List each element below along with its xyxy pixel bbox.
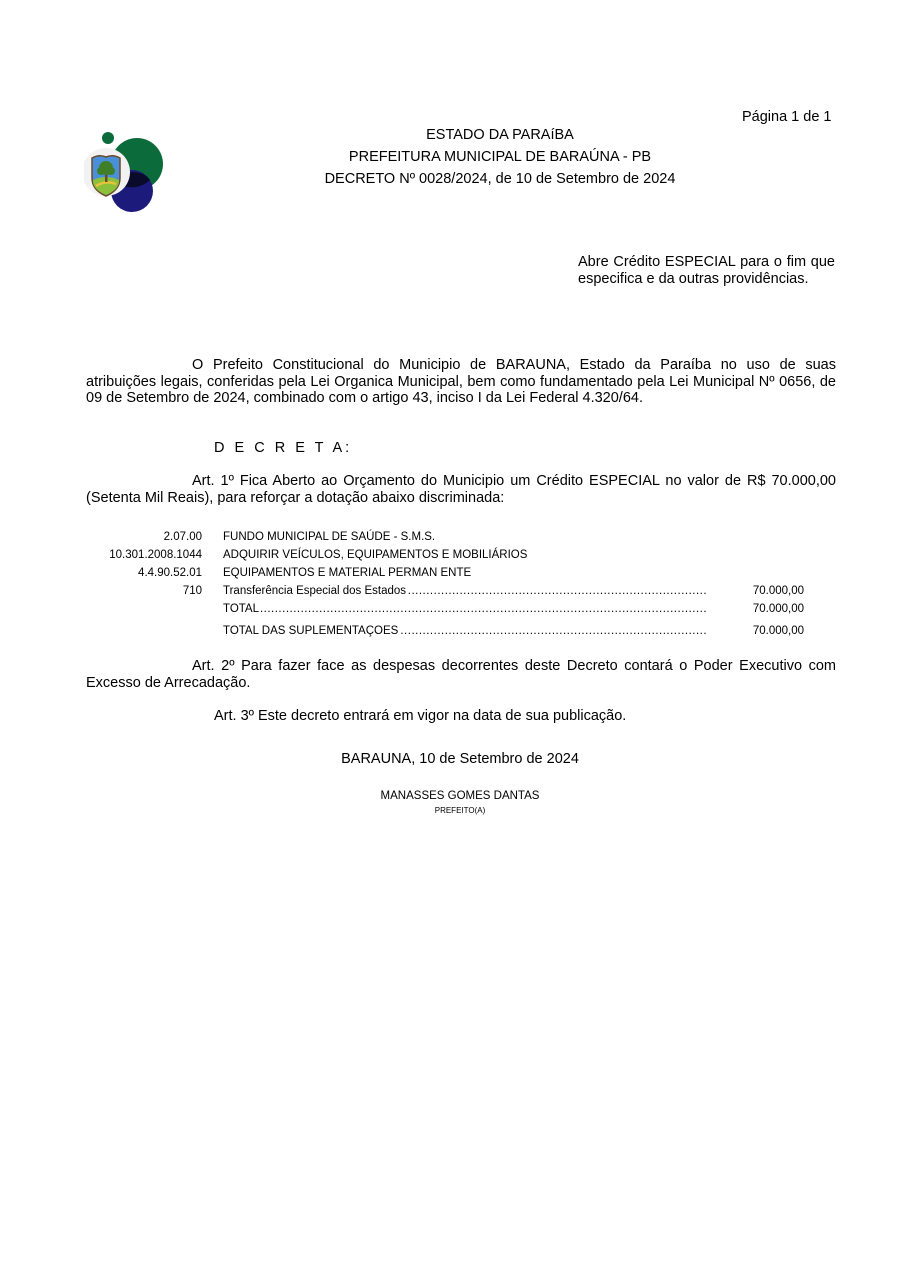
budget-code: 710 [183,585,202,597]
place-and-date: BARAUNA, 10 de Setembro de 2024 [250,751,670,767]
decree-title: DECRETO Nº 0028/2024, de 10 de Setembro … [250,171,750,187]
total-amount: 70.000,00 [749,603,804,615]
budget-amount: 70.000,00 [749,585,804,597]
budget-code: 4.4.90.52.01 [138,567,202,579]
article-1: Art. 1º Fica Aberto ao Orçamento do Muni… [86,473,836,506]
grand-total-label: ........................................… [223,625,707,637]
budget-code: 2.07.00 [164,531,202,543]
table-row: 10.301.2008.1044 ADQUIRIR VEÍCULOS, EQUI… [86,549,806,565]
total-label: ........................................… [223,603,707,615]
decreta-heading: D E C R E T A: [214,440,352,456]
grand-total-amount: 70.000,00 [749,625,804,637]
signer-role: PREFEITO(A) [250,806,670,815]
state-heading: ESTADO DA PARAíBA [250,127,750,143]
budget-description: FUNDO MUNICIPAL DE SAÚDE - S.M.S. [223,531,435,543]
grand-total-row: ........................................… [86,625,806,641]
signer-name: MANASSES GOMES DANTAS [250,790,670,802]
table-row: 4.4.90.52.01 EQUIPAMENTOS E MATERIAL PER… [86,567,806,583]
decree-summary: Abre Crédito ESPECIAL para o fim que esp… [578,254,835,287]
article-3: Art. 3º Este decreto entrará em vigor na… [214,708,626,724]
table-row: 710 ....................................… [86,585,806,601]
municipal-coat-of-arms-icon [84,128,166,214]
total-row: ........................................… [86,603,806,619]
intro-paragraph: O Prefeito Constitucional do Municipio d… [86,357,836,407]
article-2: Art. 2º Para fazer face as despesas deco… [86,658,836,691]
budget-description: ........................................… [223,585,707,597]
table-row: 2.07.00 FUNDO MUNICIPAL DE SAÚDE - S.M.S… [86,531,806,547]
page-indicator: Página 1 de 1 [742,109,832,125]
municipal-logo [84,128,166,214]
budget-description: EQUIPAMENTOS E MATERIAL PERMAN ENTE [223,567,471,579]
budget-description: ADQUIRIR VEÍCULOS, EQUIPAMENTOS E MOBILI… [223,549,527,561]
prefecture-heading: PREFEITURA MUNICIPAL DE BARAÚNA - PB [250,149,750,165]
budget-code: 10.301.2008.1044 [109,549,202,561]
